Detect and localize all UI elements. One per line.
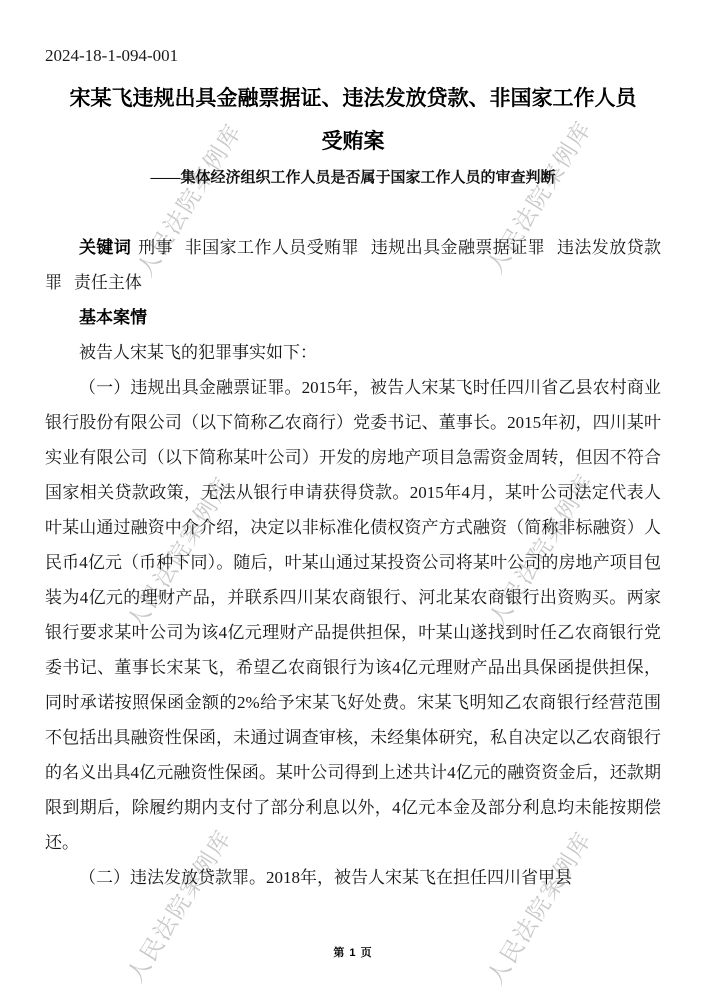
document-page: 人民法院案例库人民法院案例库人民法院案例库人民法院案例库人民法院案例库人民法院案… [0, 0, 706, 999]
body-paragraph: （一）违规出具金融票证罪。2015年，被告人宋某飞时任四川省乙县农村商业银行股份… [45, 370, 661, 860]
keywords-line: 关键词刑事非国家工作人员受贿罪违规出具金融票据证罪违法发放贷款罪责任主体 [45, 230, 661, 300]
case-paragraphs: 被告人宋某飞的犯罪事实如下：（一）违规出具金融票证罪。2015年，被告人宋某飞时… [45, 335, 661, 895]
keyword-item: 违规出具金融票据证罪 [371, 238, 545, 257]
section-heading-basic-facts: 基本案情 [45, 300, 661, 335]
keyword-item: 刑事 [138, 238, 173, 257]
case-subtitle: ——集体经济组织工作人员是否属于国家工作人员的审查判断 [45, 165, 661, 191]
keywords-list: 刑事非国家工作人员受贿罪违规出具金融票据证罪违法发放贷款罪责任主体 [45, 238, 661, 292]
body-paragraph: 被告人宋某飞的犯罪事实如下： [45, 335, 661, 370]
case-number: 2024-18-1-094-001 [45, 44, 661, 68]
case-body: 关键词刑事非国家工作人员受贿罪违规出具金融票据证罪违法发放贷款罪责任主体 基本案… [45, 230, 661, 895]
keywords-label: 关键词 [79, 238, 131, 257]
case-title: 宋某飞违规出具金融票据证、违法发放贷款、非国家工作人员受贿案 [64, 77, 642, 163]
document-content: 2024-18-1-094-001 宋某飞违规出具金融票据证、违法发放贷款、非国… [0, 0, 706, 895]
body-paragraph: （二）违法发放贷款罪。2018年，被告人宋某飞在担任四川省甲县 [45, 860, 661, 895]
page-footer: 第 1 页 [0, 944, 706, 960]
page-number: 第 1 页 [333, 947, 372, 959]
keyword-item: 责任主体 [74, 273, 142, 292]
keyword-item: 非国家工作人员受贿罪 [185, 238, 359, 257]
